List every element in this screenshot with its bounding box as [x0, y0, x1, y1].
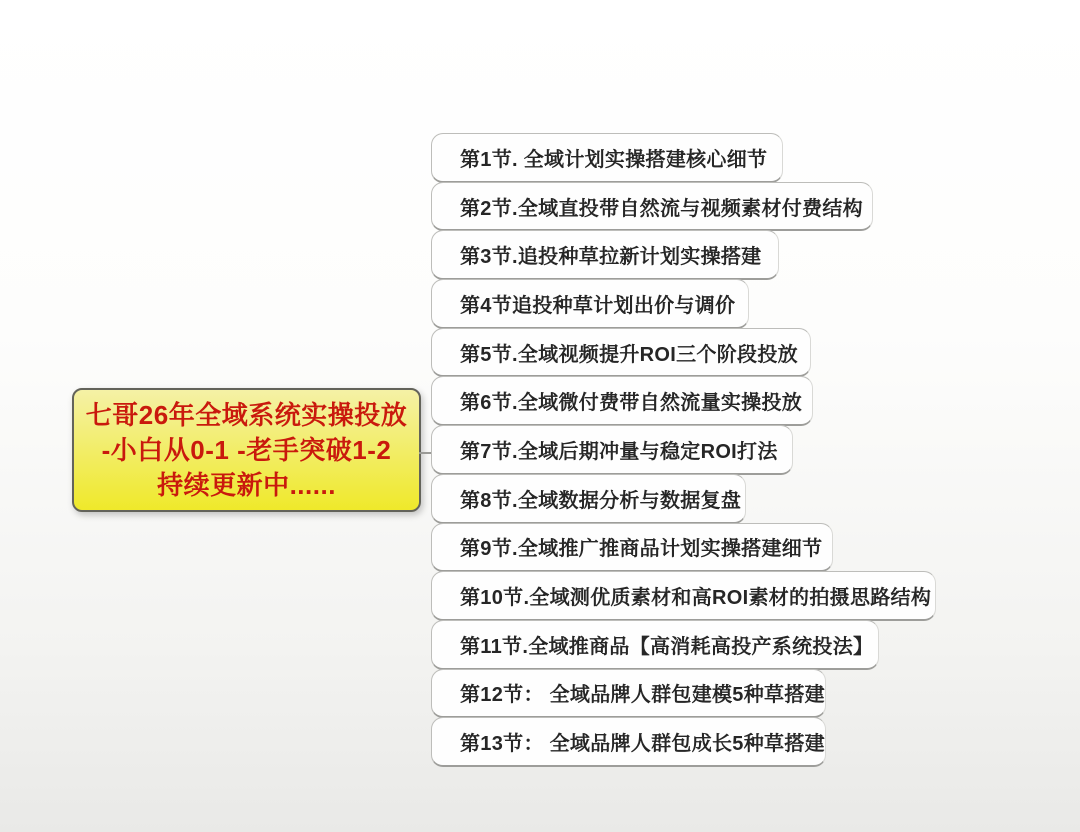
- chapter-label: 第11节.全域推商品【高消耗高投产系统投法】: [460, 630, 873, 659]
- chapter-node-9[interactable]: 第9节.全域推广推商品计划实操搭建细节: [431, 523, 833, 573]
- chapter-node-4[interactable]: 第4节追投种草计划出价与调价: [431, 279, 749, 329]
- chapter-node-12[interactable]: 第12节： 全域品牌人群包建模5种草搭建: [431, 669, 826, 719]
- chapter-node-8[interactable]: 第8节.全域数据分析与数据复盘: [431, 474, 746, 524]
- chapter-label: 第13节： 全域品牌人群包成长5种草搭建: [460, 727, 825, 756]
- chapter-label: 第4节追投种草计划出价与调价: [460, 289, 735, 318]
- chapter-node-2[interactable]: 第2节.全域直投带自然流与视频素材付费结构: [431, 182, 873, 232]
- chapter-label: 第1节. 全域计划实操搭建核心细节: [460, 143, 767, 172]
- chapter-label: 第3节.追投种草拉新计划实操搭建: [460, 240, 761, 269]
- root-topic-line-3: 持续更新中......: [157, 468, 336, 503]
- chapter-node-6[interactable]: 第6节.全域微付费带自然流量实操投放: [431, 376, 813, 426]
- chapter-label: 第7节.全域后期冲量与稳定ROI打法: [460, 435, 778, 464]
- chapter-label: 第5节.全域视频提升ROI三个阶段投放: [460, 338, 798, 367]
- chapter-node-13[interactable]: 第13节： 全域品牌人群包成长5种草搭建: [431, 717, 826, 767]
- chapter-node-3[interactable]: 第3节.追投种草拉新计划实操搭建: [431, 230, 779, 280]
- root-topic-node[interactable]: 七哥26年全域系统实操投放 -小白从0-1 -老手突破1-2 持续更新中....…: [72, 388, 421, 512]
- root-topic-line-1: 七哥26年全域系统实操投放: [86, 398, 407, 433]
- chapter-label: 第9节.全域推广推商品计划实操搭建细节: [460, 532, 822, 561]
- chapter-node-5[interactable]: 第5节.全域视频提升ROI三个阶段投放: [431, 328, 811, 378]
- chapter-node-7[interactable]: 第7节.全域后期冲量与稳定ROI打法: [431, 425, 793, 475]
- chapter-label: 第6节.全域微付费带自然流量实操投放: [460, 386, 802, 415]
- chapter-label: 第10节.全域测优质素材和高ROI素材的拍摄思路结构: [460, 581, 931, 610]
- chapter-node-1[interactable]: 第1节. 全域计划实操搭建核心细节: [431, 133, 783, 183]
- chapter-label: 第12节： 全域品牌人群包建模5种草搭建: [460, 678, 825, 707]
- mindmap-canvas: 七哥26年全域系统实操投放 -小白从0-1 -老手突破1-2 持续更新中....…: [0, 0, 1080, 832]
- chapter-node-11[interactable]: 第11节.全域推商品【高消耗高投产系统投法】: [431, 620, 879, 670]
- chapter-list: 第1节. 全域计划实操搭建核心细节 第2节.全域直投带自然流与视频素材付费结构 …: [431, 133, 936, 767]
- chapter-node-10[interactable]: 第10节.全域测优质素材和高ROI素材的拍摄思路结构: [431, 571, 936, 621]
- chapter-label: 第8节.全域数据分析与数据复盘: [460, 484, 741, 513]
- root-topic-line-2: -小白从0-1 -老手突破1-2: [102, 433, 392, 468]
- chapter-label: 第2节.全域直投带自然流与视频素材付费结构: [460, 192, 863, 221]
